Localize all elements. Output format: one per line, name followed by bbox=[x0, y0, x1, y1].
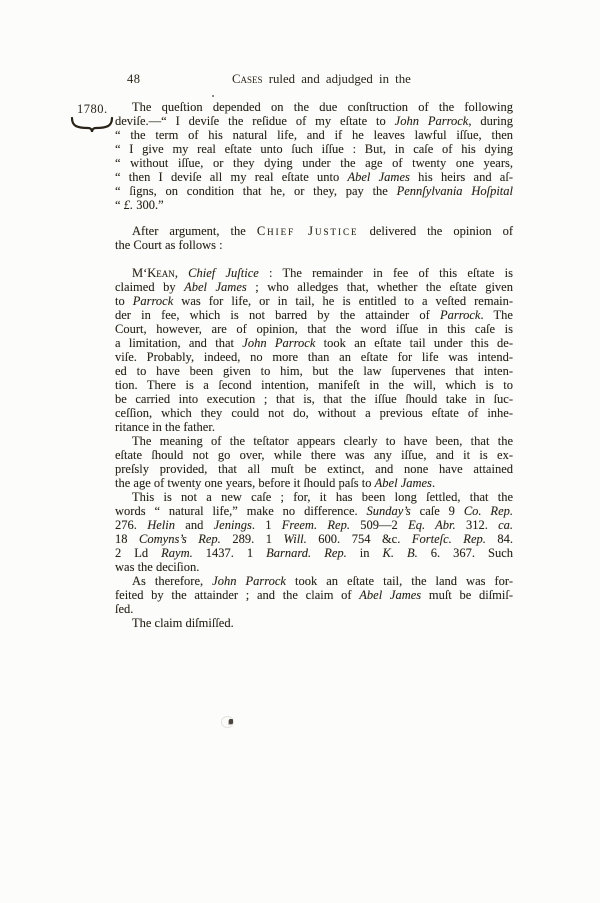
text-line: the age of twenty one years, before it ſ… bbox=[115, 476, 513, 490]
text-segment: was the deciſion. bbox=[115, 560, 199, 574]
text-segment: “ I give my real eſtate unto ſuch iſſue … bbox=[115, 142, 513, 156]
text-segment: ; who alledges that, whether the eſtate … bbox=[247, 280, 513, 294]
text-segment: 600. 754 &c. bbox=[307, 532, 412, 546]
text-segment: preſsly provided, that all muſt be extin… bbox=[115, 462, 513, 476]
text-segment: delivered the opinion of bbox=[359, 224, 513, 238]
text-segment: After argument, the bbox=[132, 224, 257, 238]
text-segment: “ the term of his natural life, and if h… bbox=[115, 128, 513, 142]
text-segment: viſe. Probably, indeed, no more than an … bbox=[115, 350, 513, 364]
text-segment: Chief Juſtice bbox=[188, 266, 259, 280]
text-segment: be carried into execution ; that is, tha… bbox=[115, 392, 513, 406]
text-segment: caſe 9 bbox=[411, 504, 464, 518]
text-line: eſtate ſhould not go over, while there w… bbox=[115, 448, 513, 462]
text-segment: tion. There is a ſecond intention, manif… bbox=[115, 378, 513, 392]
text-segment: Barnard. Rep. bbox=[266, 546, 347, 560]
text-line: M‘Kean, Chief Juſtice : The remainder in… bbox=[115, 266, 513, 280]
text-segment: Court, however, are of opinion, that the… bbox=[115, 322, 513, 336]
text-segment: Will. bbox=[284, 532, 307, 546]
text-segment: John Parrock bbox=[212, 574, 286, 588]
text-line: deviſe.—“ I deviſe the reſidue of my eſt… bbox=[115, 114, 513, 128]
text-segment: 300.” bbox=[133, 198, 164, 212]
text-segment: K. B. bbox=[383, 546, 418, 560]
text-segment: . 1 bbox=[252, 518, 282, 532]
text-segment: “ bbox=[115, 198, 124, 212]
ink-speck bbox=[212, 95, 214, 97]
text-segment: £. bbox=[124, 198, 133, 212]
text-segment: words “ natural life,” make no differenc… bbox=[115, 504, 367, 518]
text-segment: As therefore, bbox=[132, 574, 212, 588]
text-segment: Chief Justice bbox=[257, 224, 359, 238]
text-segment: Sunday’s bbox=[367, 504, 411, 518]
text-segment: 289. 1 bbox=[221, 532, 284, 546]
text-segment: : The remainder in fee of this eſtate is bbox=[259, 266, 513, 280]
text-line: ſed. bbox=[115, 602, 513, 616]
text-segment: muſt be diſmiſ- bbox=[421, 588, 513, 602]
text-line: 2 Ld Raym. 1437. 1 Barnard. Rep. in K. B… bbox=[115, 546, 513, 560]
text-line: tion. There is a ſecond intention, manif… bbox=[115, 378, 513, 392]
text-segment: . bbox=[432, 476, 435, 490]
text-segment: was for life, or in tail, he is entitled… bbox=[173, 294, 513, 308]
text-segment: in bbox=[347, 546, 383, 560]
text-line: the Court as follows : bbox=[115, 238, 513, 252]
text-segment: claimed by bbox=[115, 280, 184, 294]
text-line: After argument, the Chief Justice delive… bbox=[115, 224, 513, 238]
text-block: The queſtion depended on the due conſtru… bbox=[115, 100, 513, 630]
text-segment: Abel James bbox=[347, 170, 409, 184]
text-segment: Pennſylvania Hoſpital bbox=[397, 184, 513, 198]
text-segment: ritance in the father. bbox=[115, 420, 215, 434]
running-header: Cases ruled and adjudged in the bbox=[232, 72, 411, 87]
text-segment: The queſtion depended on the due conſtru… bbox=[132, 100, 513, 114]
text-segment: Abel James bbox=[184, 280, 247, 294]
text-line: As therefore, John Parrock took an eſtat… bbox=[115, 574, 513, 588]
text-segment: to bbox=[115, 294, 133, 308]
text-segment: “ then I deviſe all my real eſtate unto bbox=[115, 170, 347, 184]
text-segment: Forteſc. Rep. bbox=[412, 532, 486, 546]
text-line: “ then I deviſe all my real eſtate unto … bbox=[115, 170, 513, 184]
text-segment: 1437. 1 bbox=[193, 546, 266, 560]
text-line: 276. Helin and Jenings. 1 Freem. Rep. 50… bbox=[115, 518, 513, 532]
text-line: be carried into execution ; that is, tha… bbox=[115, 392, 513, 406]
text-segment: “ ſigns, on condition that he, or they, … bbox=[115, 184, 397, 198]
text-line: feited by the attainder ; and the claim … bbox=[115, 588, 513, 602]
text-segment: Raym. bbox=[161, 546, 193, 560]
text-segment: Kean bbox=[147, 266, 175, 280]
text-segment: his heirs and aſ- bbox=[410, 170, 513, 184]
text-segment: 18 bbox=[115, 532, 139, 546]
text-line: “ £. 300.” bbox=[115, 198, 513, 212]
text-line: “ without iſſue, or they dying under the… bbox=[115, 156, 513, 170]
text-segment: Parrock bbox=[440, 308, 481, 322]
text-segment: took an eſtate tail, the land was for- bbox=[286, 574, 513, 588]
text-segment: John Parrock bbox=[242, 336, 315, 350]
text-segment: ed to have been given to him, but the la… bbox=[115, 364, 513, 378]
text-segment: the Court as follows : bbox=[115, 238, 223, 252]
text-segment: feited by the attainder ; and the claim … bbox=[115, 588, 359, 602]
text-segment: a limitation, and that bbox=[115, 336, 242, 350]
text-segment: 276. bbox=[115, 518, 147, 532]
page-number: 48 bbox=[127, 72, 141, 87]
text-segment: deviſe.—“ I deviſe the reſidue of my eſt… bbox=[115, 114, 395, 128]
text-segment: ca. bbox=[498, 518, 513, 532]
text-segment: Abel James bbox=[359, 588, 421, 602]
text-segment: 84. bbox=[486, 532, 513, 546]
text-segment: Co. Rep. bbox=[464, 504, 513, 518]
text-line: to Parrock was for life, or in tail, he … bbox=[115, 294, 513, 308]
text-line: preſsly provided, that all muſt be extin… bbox=[115, 462, 513, 476]
text-segment: The claim diſmiſſed. bbox=[132, 616, 234, 630]
text-segment: ſed. bbox=[115, 602, 133, 616]
text-segment: , during bbox=[468, 114, 513, 128]
text-line: 18 Comyns’s Rep. 289. 1 Will. 600. 754 &… bbox=[115, 532, 513, 546]
text-segment: 312. bbox=[456, 518, 498, 532]
text-segment: This is not a new caſe ; for, it has bee… bbox=[132, 490, 513, 504]
text-line: ceſſion, which they could not do, withou… bbox=[115, 406, 513, 420]
text-segment: Freem. Rep. bbox=[282, 518, 350, 532]
text-line: der in fee, which is not barred by the a… bbox=[115, 308, 513, 322]
text-segment: , bbox=[175, 266, 188, 280]
text-line: claimed by Abel James ; who alledges tha… bbox=[115, 280, 513, 294]
text-line: The queſtion depended on the due conſtru… bbox=[115, 100, 513, 114]
text-segment: The meaning of the teſtator appears clea… bbox=[132, 434, 513, 448]
text-segment: and bbox=[175, 518, 214, 532]
under-brace-icon bbox=[70, 116, 114, 133]
text-segment: eſtate ſhould not go over, while there w… bbox=[115, 448, 513, 462]
text-segment: ruled and adjudged in the bbox=[263, 72, 411, 86]
text-segment: took an eſtate tail under this de- bbox=[315, 336, 513, 350]
scanned-page: 48 Cases ruled and adjudged in the 1780.… bbox=[0, 0, 600, 903]
text-line: words “ natural life,” make no differenc… bbox=[115, 504, 513, 518]
ink-blot-icon bbox=[229, 719, 233, 724]
text-segment: 509—2 bbox=[350, 518, 408, 532]
text-segment: ceſſion, which they could not do, withou… bbox=[115, 406, 513, 420]
text-line: “ ſigns, on condition that he, or they, … bbox=[115, 184, 513, 198]
text-line: viſe. Probably, indeed, no more than an … bbox=[115, 350, 513, 364]
text-line: ritance in the father. bbox=[115, 420, 513, 434]
text-segment: Helin bbox=[147, 518, 175, 532]
text-segment: Abel James bbox=[375, 476, 432, 490]
text-line: Court, however, are of opinion, that the… bbox=[115, 322, 513, 336]
text-line: was the deciſion. bbox=[115, 560, 513, 574]
text-segment: John Parrock bbox=[395, 114, 469, 128]
text-line: The meaning of the teſtator appears clea… bbox=[115, 434, 513, 448]
text-segment: Comyns’s Rep. bbox=[139, 532, 221, 546]
text-line: This is not a new caſe ; for, it has bee… bbox=[115, 490, 513, 504]
text-segment: Eq. Abr. bbox=[408, 518, 456, 532]
text-segment: Jenings bbox=[214, 518, 252, 532]
text-segment: 2 Ld bbox=[115, 546, 161, 560]
margin-year-note: 1780. bbox=[77, 102, 108, 117]
text-line: “ I give my real eſtate unto ſuch iſſue … bbox=[115, 142, 513, 156]
text-segment: “ without iſſue, or they dying under the… bbox=[115, 156, 513, 170]
text-segment: Cases bbox=[232, 72, 263, 86]
text-segment: 6. 367. Such bbox=[418, 546, 513, 560]
text-segment: M‘ bbox=[132, 266, 147, 280]
text-segment: Parrock bbox=[133, 294, 174, 308]
text-segment: der in fee, which is not barred by the a… bbox=[115, 308, 440, 322]
text-line: ed to have been given to him, but the la… bbox=[115, 364, 513, 378]
text-line: “ the term of his natural life, and if h… bbox=[115, 128, 513, 142]
text-line: The claim diſmiſſed. bbox=[115, 616, 513, 630]
text-segment: the age of twenty one years, before it ſ… bbox=[115, 476, 375, 490]
text-line: a limitation, and that John Parrock took… bbox=[115, 336, 513, 350]
text-segment: . The bbox=[480, 308, 513, 322]
